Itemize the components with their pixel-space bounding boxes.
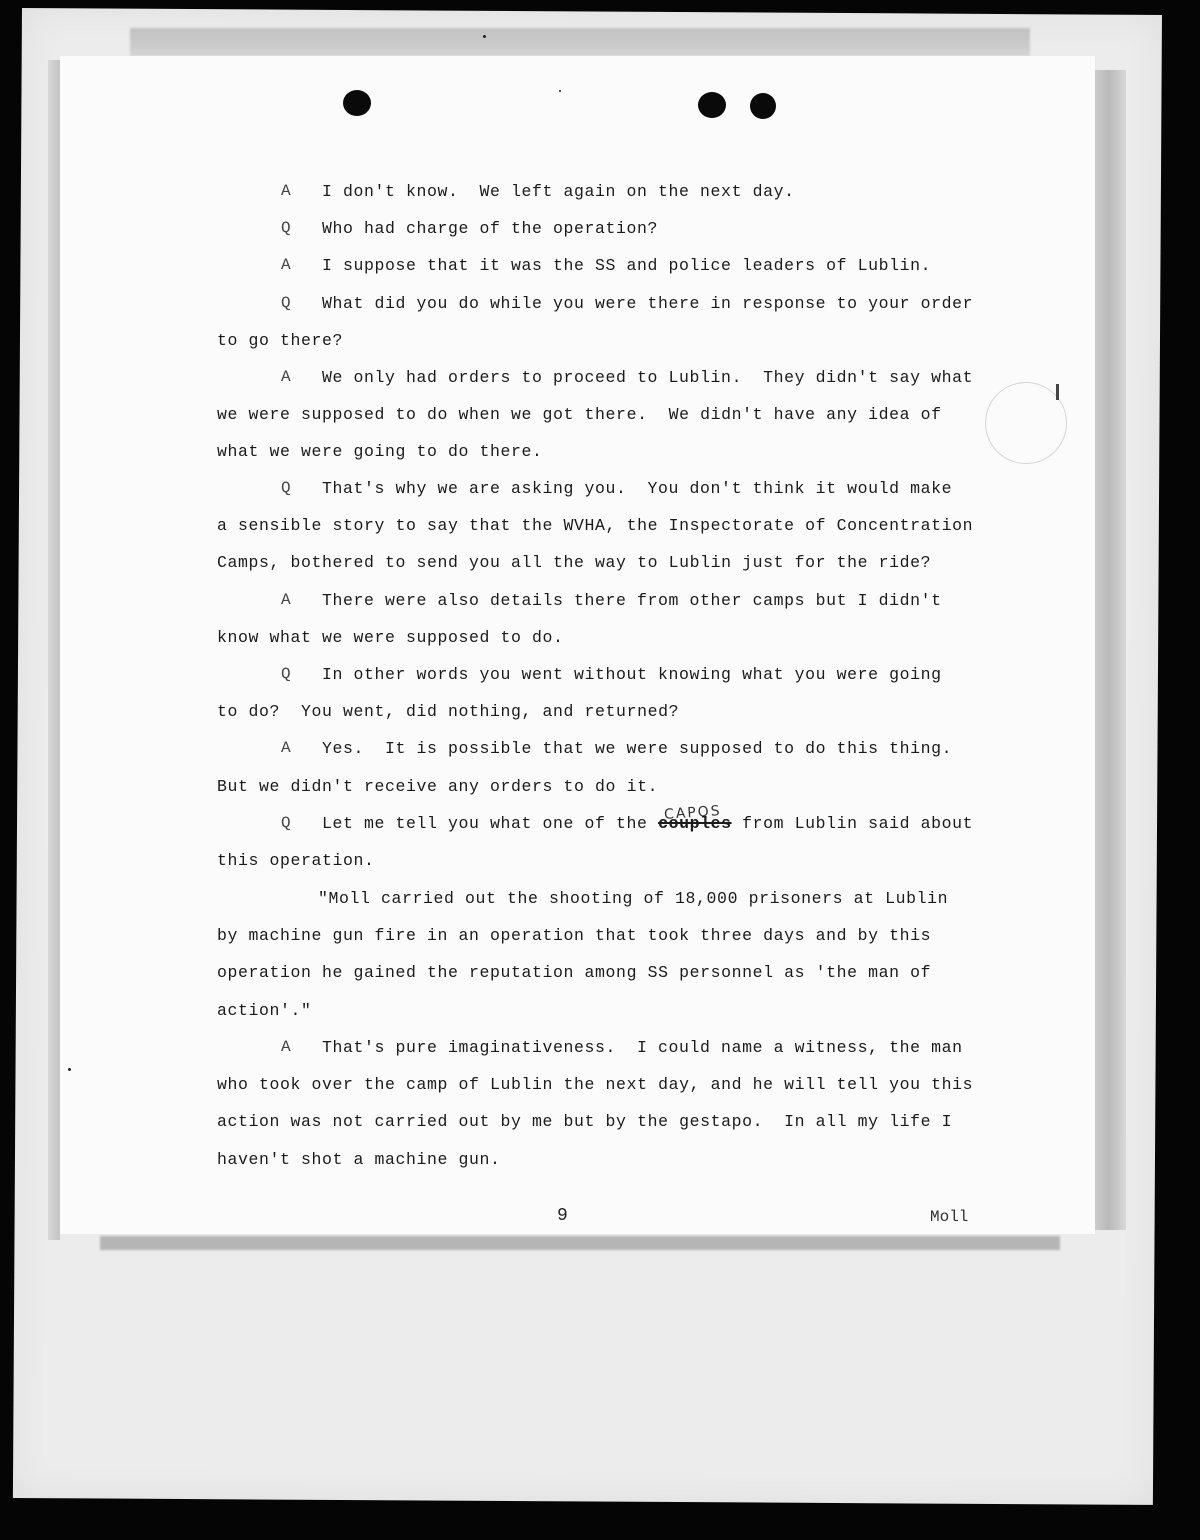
transcript-line: In other words you went without knowing …: [322, 665, 942, 684]
transcript-line: Let me tell you what one of the couples …: [322, 814, 973, 833]
line-part-before: Let me tell you what one of the: [322, 814, 658, 833]
transcript-line: know what we were supposed to do.: [217, 628, 564, 647]
transcript-line: to go there?: [217, 331, 343, 350]
transcript-line: That's pure imaginativeness. I could nam…: [322, 1038, 963, 1057]
transcript-line: I don't know. We left again on the next …: [322, 182, 795, 201]
margin-mark: [1056, 384, 1059, 400]
speaker-label: A: [281, 256, 291, 274]
transcript-line: We only had orders to proceed to Lublin.…: [322, 368, 973, 387]
transcript-line: Yes. It is possible that we were suppose…: [322, 739, 952, 758]
transcript-line: action was not carried out by me but by …: [217, 1112, 952, 1131]
transcript-line: But we didn't receive any orders to do i…: [217, 777, 658, 796]
speaker-label: Q: [281, 219, 291, 237]
speaker-label: A: [281, 1038, 291, 1056]
speaker-label: A: [281, 591, 291, 609]
transcript-line: haven't shot a machine gun.: [217, 1150, 501, 1169]
line-part-after: from Lublin said about: [732, 814, 974, 833]
page-number: 9: [557, 1206, 568, 1226]
scan-shadow-left: [48, 60, 60, 1240]
punch-hole: [343, 90, 371, 116]
transcript-line: I suppose that it was the SS and police …: [322, 256, 931, 275]
transcript-line: That's why we are asking you. You don't …: [322, 479, 952, 498]
scan-shadow-top: [130, 28, 1030, 56]
punch-hole: [698, 92, 726, 118]
scan-speck: [68, 1068, 71, 1071]
transcript-line: to do? You went, did nothing, and return…: [217, 702, 679, 721]
speaker-label: Q: [281, 294, 291, 312]
scan-speck: [559, 90, 561, 92]
struck-word: couples: [658, 814, 732, 833]
speaker-label: Q: [281, 479, 291, 497]
archive-stamp: [985, 382, 1067, 464]
speaker-label: Q: [281, 665, 291, 683]
scan-shadow-bottom: [100, 1236, 1060, 1250]
footer-name: Moll: [930, 1208, 968, 1226]
transcript-line: Camps, bothered to send you all the way …: [217, 553, 931, 572]
transcript-line: a sensible story to say that the WVHA, t…: [217, 516, 973, 535]
transcript-line: There were also details there from other…: [322, 591, 942, 610]
scan-shadow-right: [1092, 70, 1126, 1230]
transcript-line: what we were going to do there.: [217, 442, 543, 461]
transcript-line: this operation.: [217, 851, 375, 870]
quoted-line: action'.": [217, 1001, 312, 1020]
transcript-line: we were supposed to do when we got there…: [217, 405, 942, 424]
transcript-line: What did you do while you were there in …: [322, 294, 973, 313]
transcript-line: who took over the camp of Lublin the nex…: [217, 1075, 973, 1094]
punch-hole: [750, 93, 776, 119]
speaker-label: A: [281, 182, 291, 200]
speaker-label: A: [281, 368, 291, 386]
speaker-label: A: [281, 739, 291, 757]
quoted-line: "Moll carried out the shooting of 18,000…: [318, 889, 948, 908]
scan-speck: [483, 35, 486, 38]
speaker-label: Q: [281, 814, 291, 832]
quoted-line: operation he gained the reputation among…: [217, 963, 931, 982]
quoted-line: by machine gun fire in an operation that…: [217, 926, 931, 945]
transcript-line: Who had charge of the operation?: [322, 219, 658, 238]
